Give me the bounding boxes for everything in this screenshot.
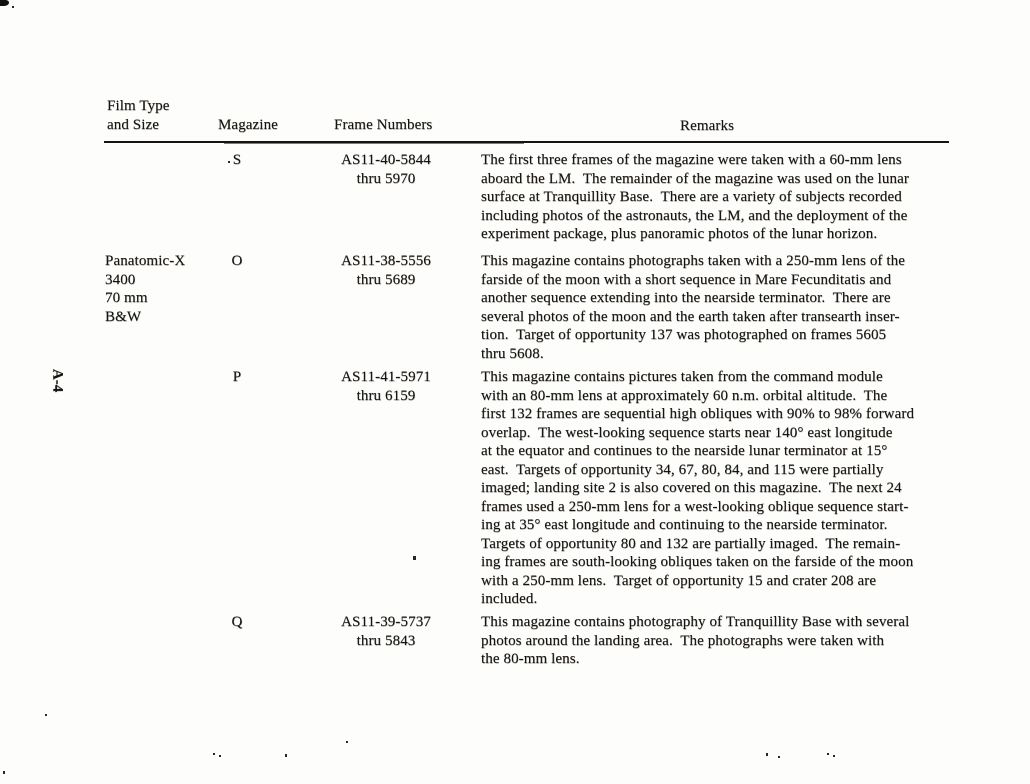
frame-numbers: AS11-38-5556 thru 5689 — [328, 252, 444, 289]
scan-speck — [285, 754, 287, 757]
column-header-film-type: Film Type and Size — [107, 97, 170, 134]
column-header-remarks: Remarks — [680, 117, 734, 136]
remarks-text: This magazine contains photographs taken… — [481, 252, 961, 363]
remarks-text: The first three frames of the magazine w… — [481, 151, 961, 244]
scan-speck — [12, 6, 14, 8]
document-page: A-4 Film Type and Size Magazine Frame Nu… — [0, 0, 1030, 784]
scan-speck — [413, 556, 416, 560]
film-type-and-size: Panatomic-X 3400 70 mm B&W — [105, 252, 225, 326]
magazine-letter: Q — [218, 613, 256, 632]
scan-speck — [3, 771, 5, 774]
header-divider-rule — [104, 141, 949, 143]
scan-artifact-corner — [0, 0, 9, 6]
scan-speck — [346, 741, 348, 743]
page-number-side-label: A-4 — [49, 364, 66, 398]
scan-speck — [45, 714, 47, 716]
scan-speck — [219, 755, 221, 757]
remarks-text: This magazine contains pictures taken fr… — [481, 368, 961, 609]
scan-speck — [228, 161, 230, 163]
column-header-frame-numbers: Frame Numbers — [334, 116, 432, 135]
scan-speck — [778, 756, 780, 758]
frame-numbers: AS11-41-5971 thru 6159 — [328, 368, 444, 405]
frame-numbers: AS11-39-5737 thru 5843 — [328, 613, 444, 650]
scan-speck — [827, 753, 829, 755]
frame-numbers: AS11-40-5844 thru 5970 — [328, 151, 444, 188]
magazine-letter: S — [218, 151, 256, 170]
column-header-magazine: Magazine — [218, 116, 278, 135]
magazine-letter: P — [218, 368, 256, 387]
scan-speck — [766, 753, 768, 756]
magazine-letter: O — [218, 252, 256, 271]
scan-speck — [213, 753, 215, 755]
scan-speck — [833, 755, 835, 757]
remarks-text: This magazine contains photography of Tr… — [481, 613, 961, 669]
